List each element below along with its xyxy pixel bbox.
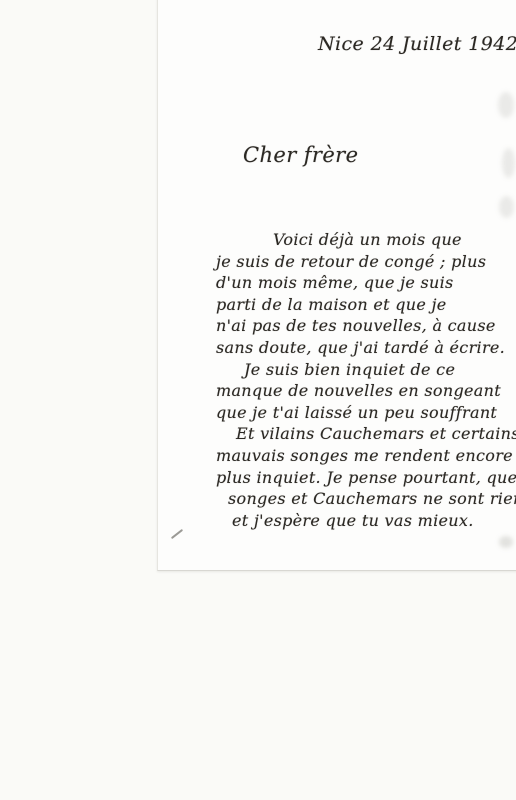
letter-line: je suis de retour de congé ; plus [216,251,516,273]
salutation: Cher frère [243,143,358,167]
ink-ghost-smudge [498,92,514,118]
letter-line: parti de la maison et que je [216,294,516,316]
letter-line: mauvais songes me rendent encore [216,445,516,467]
letter-line: plus inquiet. Je pense pourtant, que [216,467,516,489]
ink-ghost-smudge [502,148,515,178]
letter-line: songes et Cauchemars ne sont rien [216,488,516,510]
letter-line: Je suis bien inquiet de ce [216,359,516,381]
letter-line: et j'espère que tu vas mieux. [216,510,516,532]
letter-line: manque de nouvelles en songeant [216,380,516,402]
date-line: Nice 24 Juillet 1942 [318,33,516,55]
letter-line: Voici déjà un mois que [216,229,516,251]
ink-ghost-smudge [499,196,514,218]
letter-body: Voici déjà un mois que je suis de retour… [216,229,516,531]
letter-line: d'un mois même, que je suis [216,272,516,294]
letter-line: que je t'ai laissé un peu souffrant [216,402,516,424]
letter-line: sans doute, que j'ai tardé à écrire. [216,337,516,359]
letter-line: Et vilains Cauchemars et certains [216,423,516,445]
paper-corner-shadow [499,536,513,548]
scanned-letter: Nice 24 Juillet 1942 Cher frère Voici dé… [0,0,516,800]
letter-line: n'ai pas de tes nouvelles, à cause [216,315,516,337]
